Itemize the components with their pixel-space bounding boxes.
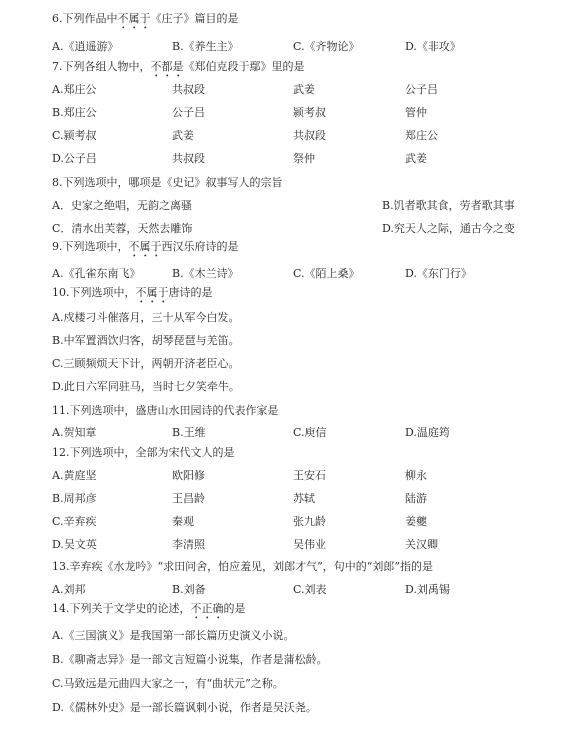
q12-row-c-1: C.辛弃疾 xyxy=(52,515,97,529)
q6-option-d: D.《非攻》 xyxy=(405,40,461,54)
question-6-stem: 6.下列作品中不属于《庄子》篇目的是 xyxy=(52,12,239,32)
q7-row-d-3: 祭仲 xyxy=(293,152,315,166)
q7-row-b-2: 公子吕 xyxy=(172,106,205,120)
q12-row-b-2: 王昌龄 xyxy=(172,492,205,506)
q7-row-b-4: 管仲 xyxy=(405,106,427,120)
q14-option-c: C.马致远是元曲四大家之一，有“曲状元”之称。 xyxy=(52,677,284,691)
question-13-stem: 13.辛弃疾《水龙吟》“求田问舍，怕应羞见，刘郎才气”，句中的“刘郎”指的是 xyxy=(52,560,433,574)
q6-option-a: A.《逍遥游》 xyxy=(52,40,118,54)
q12-row-b-1: B.周邦彦 xyxy=(52,492,97,506)
q7-row-c-4: 郑庄公 xyxy=(405,129,438,143)
stem-text: 6.下列作品中 xyxy=(52,12,118,25)
q7-row-a-3: 武姜 xyxy=(293,83,315,97)
emphasis-text: 不属于 xyxy=(136,286,169,299)
q9-option-a: A.《孔雀东南飞》 xyxy=(52,267,140,281)
q7-row-c-2: 武姜 xyxy=(172,129,194,143)
q12-row-d-2: 李清照 xyxy=(172,538,205,552)
q7-row-d-1: D.公子吕 xyxy=(52,152,97,166)
q13-option-b: B.刘备 xyxy=(172,583,206,597)
q7-row-a-4: 公子吕 xyxy=(405,83,438,97)
q12-row-c-3: 张九龄 xyxy=(293,515,326,529)
q10-option-a: A.戍楼刁斗催落月，三十从军今白发。 xyxy=(52,311,239,325)
q11-option-d: D.温庭筠 xyxy=(405,426,450,440)
q10-option-c: C.三顾频烦天下计，两朝开济老臣心。 xyxy=(52,357,240,371)
q6-option-b: B.《养生主》 xyxy=(172,40,239,54)
q9-option-c: C.《陌上桑》 xyxy=(293,267,360,281)
q13-option-d: D.刘禹锡 xyxy=(405,583,450,597)
q10-option-b: B.中军置酒饮归客，胡琴琵琶与羌笛。 xyxy=(52,334,240,348)
q12-row-c-4: 姜夔 xyxy=(405,515,427,529)
q7-row-d-4: 武姜 xyxy=(405,152,427,166)
q10-option-d: D.此日六军同驻马，当时七夕笑牵牛。 xyxy=(52,380,240,394)
q8-option-a: A．史家之绝唱，无韵之离骚 xyxy=(52,199,192,213)
q12-row-c-2: 秦观 xyxy=(172,515,194,529)
q7-row-b-1: B.郑庄公 xyxy=(52,106,97,120)
q13-option-a: A.刘邦 xyxy=(52,583,85,597)
q12-row-a-1: A.黄庭坚 xyxy=(52,469,96,483)
question-11-stem: 11.下列选项中，盛唐山水田园诗的代表作家是 xyxy=(52,404,279,418)
q12-row-b-3: 苏轼 xyxy=(293,492,315,506)
q7-row-c-3: 共叔段 xyxy=(293,129,326,143)
emphasis-text: 不属于 xyxy=(129,240,162,253)
q11-option-b: B.王维 xyxy=(172,426,206,440)
question-9-stem: 9.下列选项中，不属于西汉乐府诗的是 xyxy=(52,240,239,260)
q14-option-d: D.《儒林外史》是一部长篇讽刺小说，作者是吴沃尧。 xyxy=(52,701,317,715)
q12-row-a-2: 欧阳修 xyxy=(172,469,205,483)
q12-row-a-4: 柳永 xyxy=(405,469,427,483)
stem-text: 《郑伯克段于鄢》里的是 xyxy=(184,60,305,73)
q14-option-a: A.《三国演义》是我国第一部长篇历史演义小说。 xyxy=(52,629,294,643)
stem-text: 西汉乐府诗的是 xyxy=(162,240,239,253)
stem-text: 《庄子》篇目的是 xyxy=(151,12,239,25)
q8-option-c: C．清水出芙蓉，天然去雕饰 xyxy=(52,222,192,236)
q8-option-d: D.究天人之际，通古今之变 xyxy=(382,222,515,236)
q7-row-a-2: 共叔段 xyxy=(172,83,205,97)
q7-row-b-3: 颍考叔 xyxy=(293,106,326,120)
stem-text: 的是 xyxy=(224,602,246,615)
emphasis-text: 不都是 xyxy=(151,60,184,73)
q7-row-c-1: C.颍考叔 xyxy=(52,129,97,143)
stem-text: 9.下列选项中， xyxy=(52,240,129,253)
q12-row-d-1: D.吴文英 xyxy=(52,538,97,552)
q12-row-a-3: 王安石 xyxy=(293,469,326,483)
q9-option-d: D.《东门行》 xyxy=(405,267,472,281)
question-10-stem: 10.下列选项中，不属于唐诗的是 xyxy=(52,286,213,306)
emphasis-text: 不属于 xyxy=(118,12,151,25)
q14-option-b: B.《聊斋志异》是一部文言短篇小说集，作者是蒲松龄。 xyxy=(52,653,328,667)
emphasis-text: 不正确 xyxy=(191,602,224,615)
q11-option-a: A.贺知章 xyxy=(52,426,96,440)
stem-text: 14.下列关于文学史的论述， xyxy=(52,602,191,615)
q12-row-d-4: 关汉卿 xyxy=(405,538,438,552)
q8-option-b: B.饥者歌其食，劳者歌其事 xyxy=(382,199,515,213)
question-14-stem: 14.下列关于文学史的论述，不正确的是 xyxy=(52,602,246,622)
q9-option-b: B.《木兰诗》 xyxy=(172,267,239,281)
stem-text: 7.下列各组人物中， xyxy=(52,60,151,73)
q7-row-a-1: A.郑庄公 xyxy=(52,83,96,97)
stem-text: 10.下列选项中， xyxy=(52,286,136,299)
question-12-stem: 12.下列选项中，全部为宋代文人的是 xyxy=(52,446,235,460)
q7-row-d-2: 共叔段 xyxy=(172,152,205,166)
q6-option-c: C.《齐物论》 xyxy=(293,40,360,54)
q12-row-d-3: 吴伟业 xyxy=(293,538,326,552)
q13-option-c: C.刘表 xyxy=(293,583,327,597)
question-8-stem: 8.下列选项中，哪项是《史记》叙事写人的宗旨 xyxy=(52,176,283,190)
stem-text: 唐诗的是 xyxy=(169,286,213,299)
question-7-stem: 7.下列各组人物中，不都是《郑伯克段于鄢》里的是 xyxy=(52,60,305,80)
q11-option-c: C.庾信 xyxy=(293,426,327,440)
q12-row-b-4: 陆游 xyxy=(405,492,427,506)
